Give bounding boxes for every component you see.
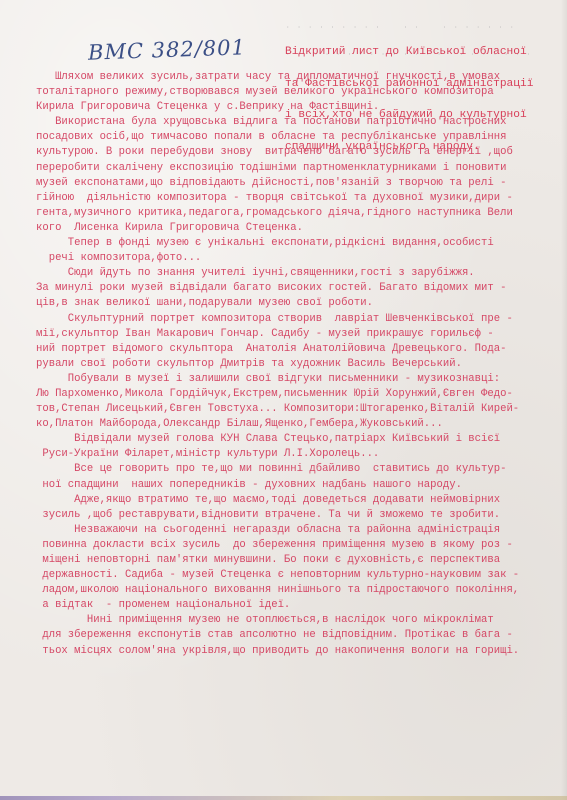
body-line: міщені неповторні пам'ятки минувшини. Бо…: [36, 553, 556, 568]
body-line: ців,в знак великої шани,подарували музею…: [36, 296, 556, 311]
body-line: мії,скульптор Іван Макарович Гончар. Сад…: [36, 327, 556, 342]
document-page: · · · · · · · · · · · · · · · · · · · · …: [0, 0, 567, 800]
body-line: культурою. В роки перебудови знову витра…: [36, 145, 556, 160]
body-line: музей експонатами,що відповідають дійсно…: [36, 176, 556, 191]
body-line: За минулі роки музей відвідали багато ви…: [36, 281, 556, 296]
page-bottom-edge: [0, 796, 567, 800]
body-line: тьох місцях солом'яна укрівля,що приводи…: [36, 644, 556, 659]
letter-body: Шляхом великих зусиль,затрати часу та ди…: [36, 70, 556, 659]
body-line: державності. Садиба - музей Стеценка є н…: [36, 568, 556, 583]
body-line: Все це говорить про те,що ми повинні дба…: [36, 462, 556, 477]
body-line: Скульптурний портрет композитора створив…: [36, 312, 556, 327]
body-line: ко,Платон Майборода,Олександр Білаш,Ящен…: [36, 417, 556, 432]
body-line: Сюди йдуть по знання учителі іучні,свяще…: [36, 266, 556, 281]
body-line: Тепер в фонді музею є унікальні експонат…: [36, 236, 556, 251]
body-line: Побували в музеї і залишили свої відгуки…: [36, 372, 556, 387]
body-line: ний портрет відомого скульптора Анатолія…: [36, 342, 556, 357]
body-line: рували свої роботи скульптор Дмитрів та …: [36, 357, 556, 372]
body-line: Шляхом великих зусиль,затрати часу та ди…: [36, 70, 556, 85]
body-line: зусиль ,щоб реставрувати,відновити втрач…: [36, 508, 556, 523]
body-line: Використана була хрущовська відлига та п…: [36, 115, 556, 130]
page-edge-shadow: [561, 0, 567, 800]
body-line: Кирила Григоровича Стеценка у с.Веприку …: [36, 100, 556, 115]
body-line: Незважаючи на сьогоденні негаразди облас…: [36, 523, 556, 538]
body-line: ної спадщини наших попередників - духовн…: [36, 478, 556, 493]
body-line: Лю Пархоменко,Микола Гордійчук,Екстрем,п…: [36, 387, 556, 402]
body-line: для збереження експонутів став апсолютно…: [36, 628, 556, 643]
body-line: речі композитора,фото...: [36, 251, 556, 266]
body-line: гента,музичного критика,педагога,громадс…: [36, 206, 556, 221]
body-line: повинна докласти всіх зусиль до збережен…: [36, 538, 556, 553]
body-line: Відвідали музей голова КУН Слава Стецько…: [36, 432, 556, 447]
body-line: посадових осіб,що тимчасово попали в обл…: [36, 130, 556, 145]
body-line: Руси-України Філарет,міністр культури Л.…: [36, 447, 556, 462]
body-line: гійною діяльністю композитора - творця с…: [36, 191, 556, 206]
body-line: кого Лисенка Кирила Григоровича Стеценка…: [36, 221, 556, 236]
body-line: Адже,якщо втратимо те,що маємо,тоді дове…: [36, 493, 556, 508]
body-line: ладом,школою національного виховання нин…: [36, 583, 556, 598]
body-line: Нині приміщення музею не отоплюється,в н…: [36, 613, 556, 628]
heading-line: Відкритий лист до Київської обласної: [285, 47, 565, 58]
archive-number: ВМС 382/801: [88, 35, 247, 64]
body-line: переробити скалічену експозицію тодішнім…: [36, 161, 556, 176]
body-line: тов,Степан Лисецький,Євген Товстуха... К…: [36, 402, 556, 417]
body-line: тоталітарного режиму,створювався музей в…: [36, 85, 556, 100]
body-line: а відтак - променем національної ідеї.: [36, 598, 556, 613]
